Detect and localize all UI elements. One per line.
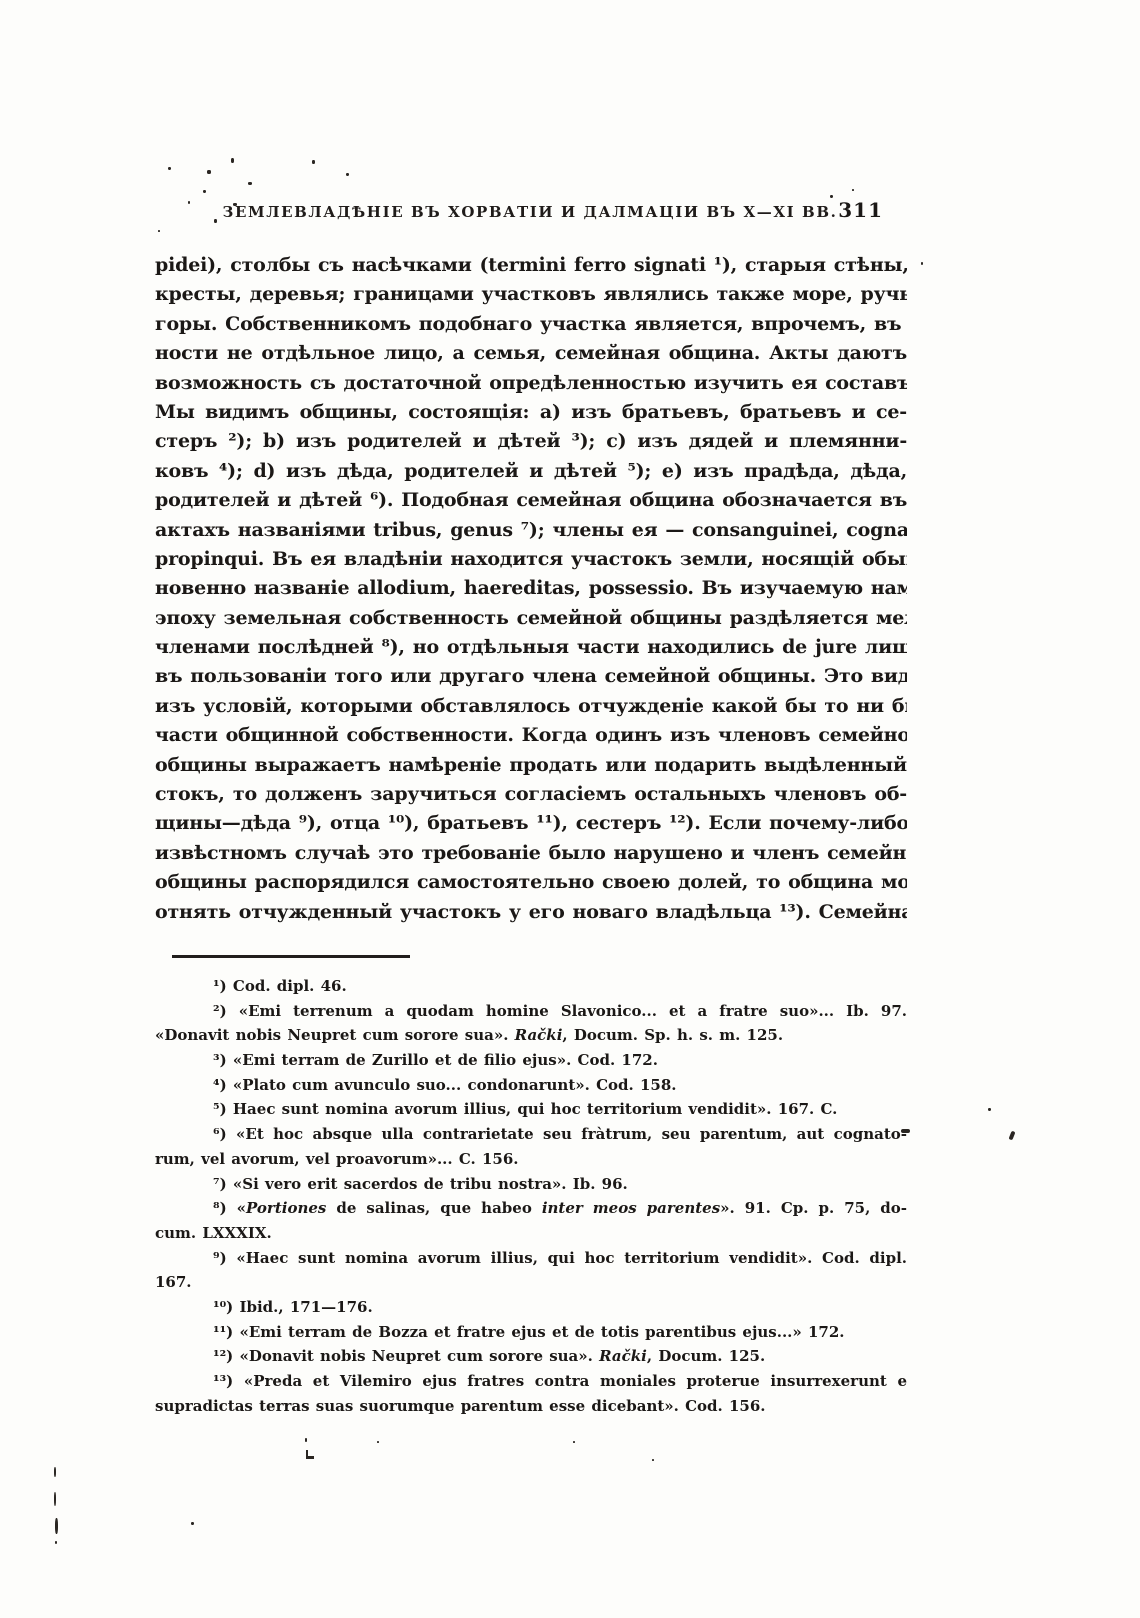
text-line: pidei), столбы съ насѣчками (termini fer… [155,251,907,280]
text-line: ¹²) «Donavit nobis Neupret cum sorore su… [155,1344,907,1369]
ink-speck [1008,1131,1015,1141]
footnote-separator-rule [172,955,410,958]
text-line: отнять отчужденный участокъ у его новаго… [155,898,907,927]
ink-speck [55,1541,57,1544]
text-line: supradictas terras suas suorumque parent… [155,1394,907,1419]
text-line: ³) «Emi terram de Zurillo et de filio ej… [155,1048,907,1073]
text-line: общины распорядился самостоятельно своею… [155,868,907,897]
text-line: propinqui. Въ ея владѣніи находится учас… [155,545,907,574]
text-line: rum, vel avorum, vel proavorum»... C. 15… [155,1147,907,1172]
ink-speck [346,173,349,176]
text-line: ¹⁰) Ibid., 171—176. [155,1295,907,1320]
ink-speck [652,1459,654,1461]
text-line: возможность съ достаточной опредѣленност… [155,369,907,398]
ink-speck [830,195,833,198]
text-line: ⁸) «Portiones de salinas, que habeo inte… [155,1196,907,1221]
footnotes-block: ¹) Cod. dipl. 46.²) «Emi terrenum a quod… [155,974,907,1418]
text-line: новенно названіе allodium, haereditas, p… [155,574,907,603]
ink-speck [158,230,160,232]
ink-speck [852,189,854,191]
text-line: ⁴) «Plato cum avunculo suo... condonarun… [155,1073,907,1098]
text-line: ⁶) «Et hoc absque ulla contrarietate seu… [155,1122,907,1147]
text-line: изъ условій, которыми обставлялось отчуж… [155,692,907,721]
ink-speck [573,1441,575,1443]
text-line: общины выражаетъ намѣреніе продать или п… [155,751,907,780]
ink-speck [231,158,234,163]
book-page-scan: ЗЕМЛЕВЛАДѢНІЕ ВЪ ХОРВАТІИ И ДАЛМАЦІИ ВЪ … [0,0,1140,1618]
text-line: 167. [155,1270,907,1295]
ink-speck [305,1438,307,1442]
text-line: стокъ, то долженъ заручиться согласіемъ … [155,780,907,809]
text-line: ²) «Emi terrenum a quodam homine Slavoni… [155,999,907,1024]
text-line: ⁷) «Si vero erit sacerdos de tribu nostr… [155,1172,907,1197]
ink-speck [54,1492,56,1506]
text-line: ¹¹) «Emi terram de Bozza et fratre ejus … [155,1320,907,1345]
ink-speck [191,1522,194,1525]
text-line: ¹) Cod. dipl. 46. [155,974,907,999]
ink-speck [207,170,211,174]
text-line: актахъ названіями tribus, genus ⁷); член… [155,516,907,545]
text-line: ковъ ⁴); d) изъ дѣда, родителей и дѣтей … [155,457,907,486]
text-line: cum. LXXXIX. [155,1221,907,1246]
text-line: ⁵) Haec sunt nomina avorum illius, qui h… [155,1097,907,1122]
ink-speck [188,201,190,204]
text-line: эпоху земельная собственность семейной о… [155,604,907,633]
page-number: 311 [838,198,883,222]
ink-speck [248,182,252,185]
text-line: «Donavit nobis Neupret cum sorore sua». … [155,1023,907,1048]
text-line: ⁹) «Haec sunt nomina avorum illius, qui … [155,1246,907,1271]
text-line: членами послѣдней ⁸), но отдѣльныя части… [155,633,907,662]
text-line: стеръ ²); b) изъ родителей и дѣтей ³); c… [155,427,907,456]
ink-speck [214,219,217,223]
ink-speck [312,160,315,164]
ink-speck [306,1456,314,1459]
ink-speck [168,167,171,170]
ink-speck [901,1129,910,1133]
ink-speck [233,203,237,206]
ink-speck [54,1467,56,1477]
ink-speck [203,190,206,193]
ink-speck [988,1108,991,1111]
text-line: кресты, деревья; границами участковъ явл… [155,280,907,309]
ink-speck [377,1441,379,1443]
text-line: ¹³) «Preda et Vilemiro ejus fratres cont… [155,1369,907,1394]
ink-speck [921,262,923,265]
text-line: ности не отдѣльное лицо, а семья, семейн… [155,339,907,368]
text-line: щины—дѣда ⁹), отца ¹⁰), братьевъ ¹¹), се… [155,809,907,838]
text-line: Мы видимъ общины, состоящія: а) изъ брат… [155,398,907,427]
page-heading-title: ЗЕМЛЕВЛАДѢНІЕ ВЪ ХОРВАТІИ И ДАЛМАЦІИ ВЪ … [223,203,838,221]
running-head: ЗЕМЛЕВЛАДѢНІЕ ВЪ ХОРВАТІИ И ДАЛМАЦІИ ВЪ … [155,202,905,221]
text-line: части общинной собственности. Когда один… [155,721,907,750]
text-line: родителей и дѣтей ⁶). Подобная семейная … [155,486,907,515]
text-line: въ пользованіи того или другаго члена се… [155,662,907,691]
text-line: горы. Собственникомъ подобнаго участка я… [155,310,907,339]
ink-speck [55,1518,58,1534]
main-text-block: pidei), столбы съ насѣчками (termini fer… [155,251,907,927]
text-line: извѣстномъ случаѣ это требованіе было на… [155,839,907,868]
